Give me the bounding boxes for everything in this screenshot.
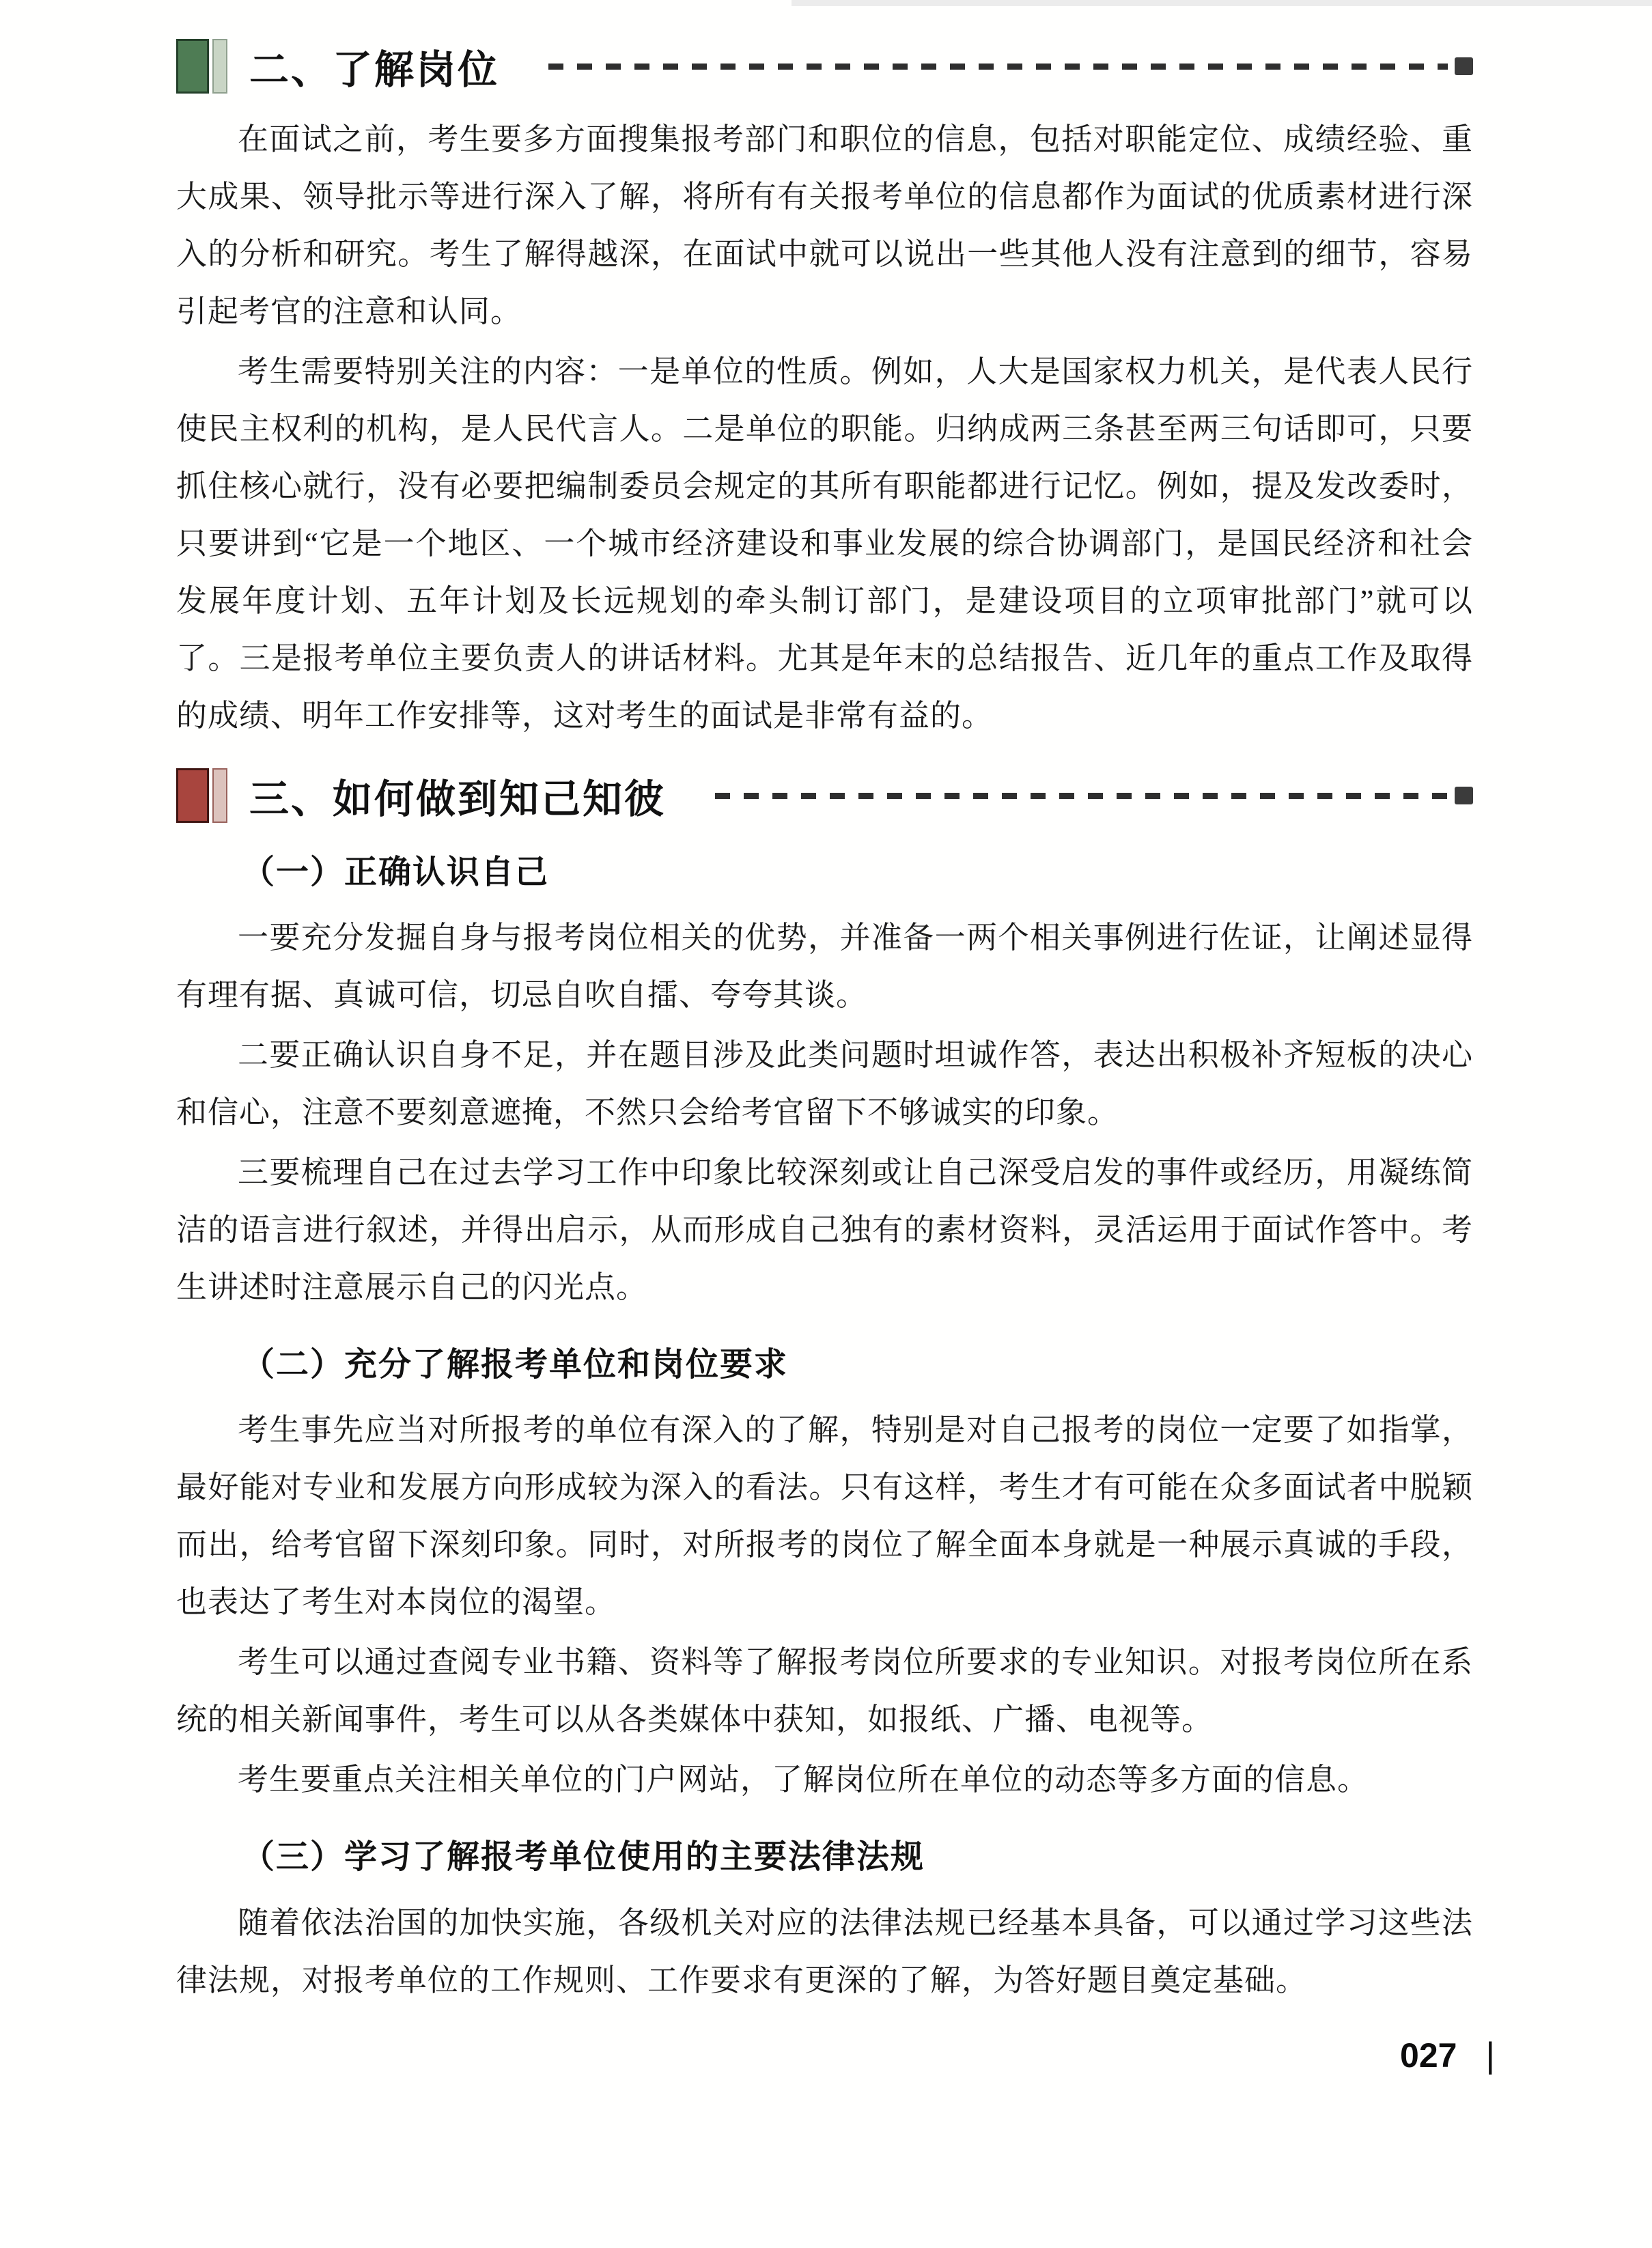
marker-main-bar	[176, 39, 209, 94]
marker-light-bar	[212, 768, 227, 823]
green-section-marker-icon	[176, 39, 227, 94]
paragraph: 二要正确认识自身不足，并在题目涉及此类问题时坦诚作答，表达出积极补齐短板的决心和…	[176, 1026, 1473, 1141]
subsection-title-know-unit: （二）充分了解报考单位和岗位要求	[242, 1346, 1473, 1383]
section-title: 二、了解岗位	[249, 38, 499, 95]
red-section-marker-icon	[176, 768, 227, 823]
dash-end-square-icon	[1455, 57, 1473, 75]
section-title: 三、如何做到知己知彼	[249, 767, 666, 824]
page-number: 027	[1400, 2036, 1457, 2075]
paragraph: 考生事先应当对所报考的单位有深入的了解，特别是对自己报考的岗位一定要了如指掌，最…	[176, 1401, 1473, 1631]
book-page: 二、了解岗位 在面试之前，考生要多方面搜集报考部门和职位的信息，包括对职能定位、…	[0, 0, 1652, 2248]
scan-edge-artifact	[792, 0, 1652, 6]
marker-main-bar	[176, 768, 209, 823]
dashed-rule	[548, 64, 1448, 70]
paragraph: 三要梳理自己在过去学习工作中印象比较深刻或让自己深受启发的事件或经历，用凝练简洁…	[176, 1144, 1473, 1316]
section-know-yourself-know-others: 三、如何做到知己知彼 （一）正确认识自己 一要充分发掘自身与报考岗位相关的优势，…	[176, 768, 1473, 2009]
page-number-separator: |	[1485, 2035, 1495, 2076]
paragraph: 一要充分发掘自身与报考岗位相关的优势，并准备一两个相关事例进行佐证，让阐述显得有…	[176, 909, 1473, 1024]
section-understand-position: 二、了解岗位 在面试之前，考生要多方面搜集报考部门和职位的信息，包括对职能定位、…	[176, 38, 1473, 744]
subsection-title-learn-laws: （三）学习了解报考单位使用的主要法律法规	[242, 1838, 1473, 1876]
section-heading-know-yourself: 三、如何做到知己知彼	[176, 768, 1473, 824]
dash-end-square-icon	[1455, 787, 1473, 804]
paragraph: 考生可以通过查阅专业书籍、资料等了解报考岗位所要求的专业知识。对报考岗位所在系统…	[176, 1633, 1473, 1748]
subsection-title-know-self: （一）正确认识自己	[242, 854, 1473, 891]
paragraph: 考生要重点关注相关单位的门户网站，了解岗位所在单位的动态等多方面的信息。	[176, 1751, 1473, 1808]
page-number-row: 027 |	[198, 2035, 1495, 2076]
marker-light-bar	[212, 39, 227, 94]
dashed-rule	[715, 793, 1448, 799]
paragraph: 在面试之前，考生要多方面搜集报考部门和职位的信息，包括对职能定位、成绩经验、重大…	[176, 111, 1473, 340]
section-heading-understand-position: 二、了解岗位	[176, 38, 1473, 94]
paragraph: 随着依法治国的加快实施，各级机关对应的法律法规已经基本具备，可以通过学习这些法律…	[176, 1894, 1473, 2009]
paragraph: 考生需要特别关注的内容：一是单位的性质。例如，人大是国家权力机关，是代表人民行使…	[176, 343, 1473, 744]
